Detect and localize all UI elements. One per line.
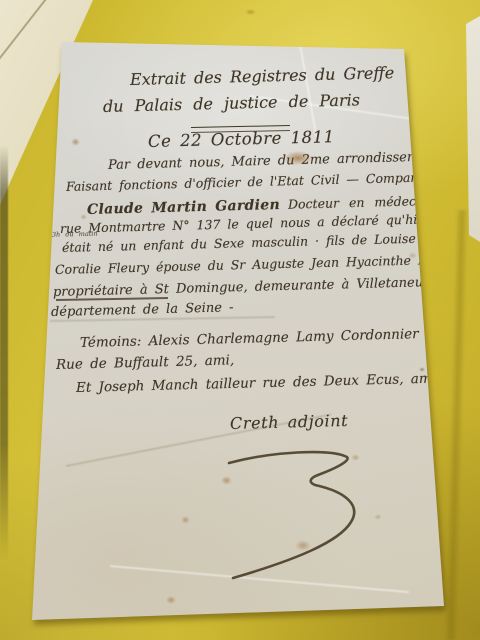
signature: Creth adjoint	[230, 411, 349, 433]
document-sheet-wrapper: Extrait des Registres du Greffe du Palai…	[0, 0, 480, 640]
rust-spot	[419, 367, 425, 372]
margin-note: à 3h du matin	[43, 230, 98, 239]
date-line: Ce 22 Octobre 1811	[148, 127, 335, 151]
witness-line-1: Témoins: Alexis Charlemagne Lamy Cordonn…	[80, 326, 419, 351]
rust-spot	[181, 516, 190, 524]
witness-line-3: Et Joseph Manch tailleur rue des Deux Ec…	[76, 371, 436, 396]
photo-of-document: Extrait des Registres du Greffe du Palai…	[0, 0, 480, 640]
ink-stain	[284, 151, 312, 165]
body-line-declarant: Claude Martin Gardien Docteur en médecin…	[87, 188, 480, 218]
body-line-birth3: propriétaire à St Domingue, demeurante à…	[53, 275, 438, 300]
paraph-flourish	[215, 440, 385, 595]
body-line-opening2: Faisant fonctions d'officier de l'Etat C…	[66, 170, 425, 194]
rust-spot	[221, 476, 232, 485]
rust-spot	[71, 138, 80, 146]
document-sheet: Extrait des Registres du Greffe du Palai…	[0, 0, 480, 640]
body-line-opening1: Par devant nous, Maire du 2me arrondisse…	[108, 149, 441, 173]
rust-spot	[351, 454, 360, 461]
rust-spot	[374, 514, 382, 520]
rust-spot	[295, 540, 311, 551]
rust-spot	[408, 252, 417, 259]
declarant-name: Claude Martin Gardien	[87, 197, 280, 218]
rust-spot	[166, 596, 176, 604]
declarant-rest: Docteur en médecine demeurant	[288, 191, 480, 212]
witness-line-2: Rue de Buffault 25, ami,	[56, 352, 235, 373]
paper-crease	[299, 43, 317, 137]
title-line-2: du Palais de justice de Paris	[103, 90, 360, 116]
rust-spot	[80, 214, 87, 220]
title-line-1: Extrait des Registres du Greffe	[130, 63, 395, 89]
